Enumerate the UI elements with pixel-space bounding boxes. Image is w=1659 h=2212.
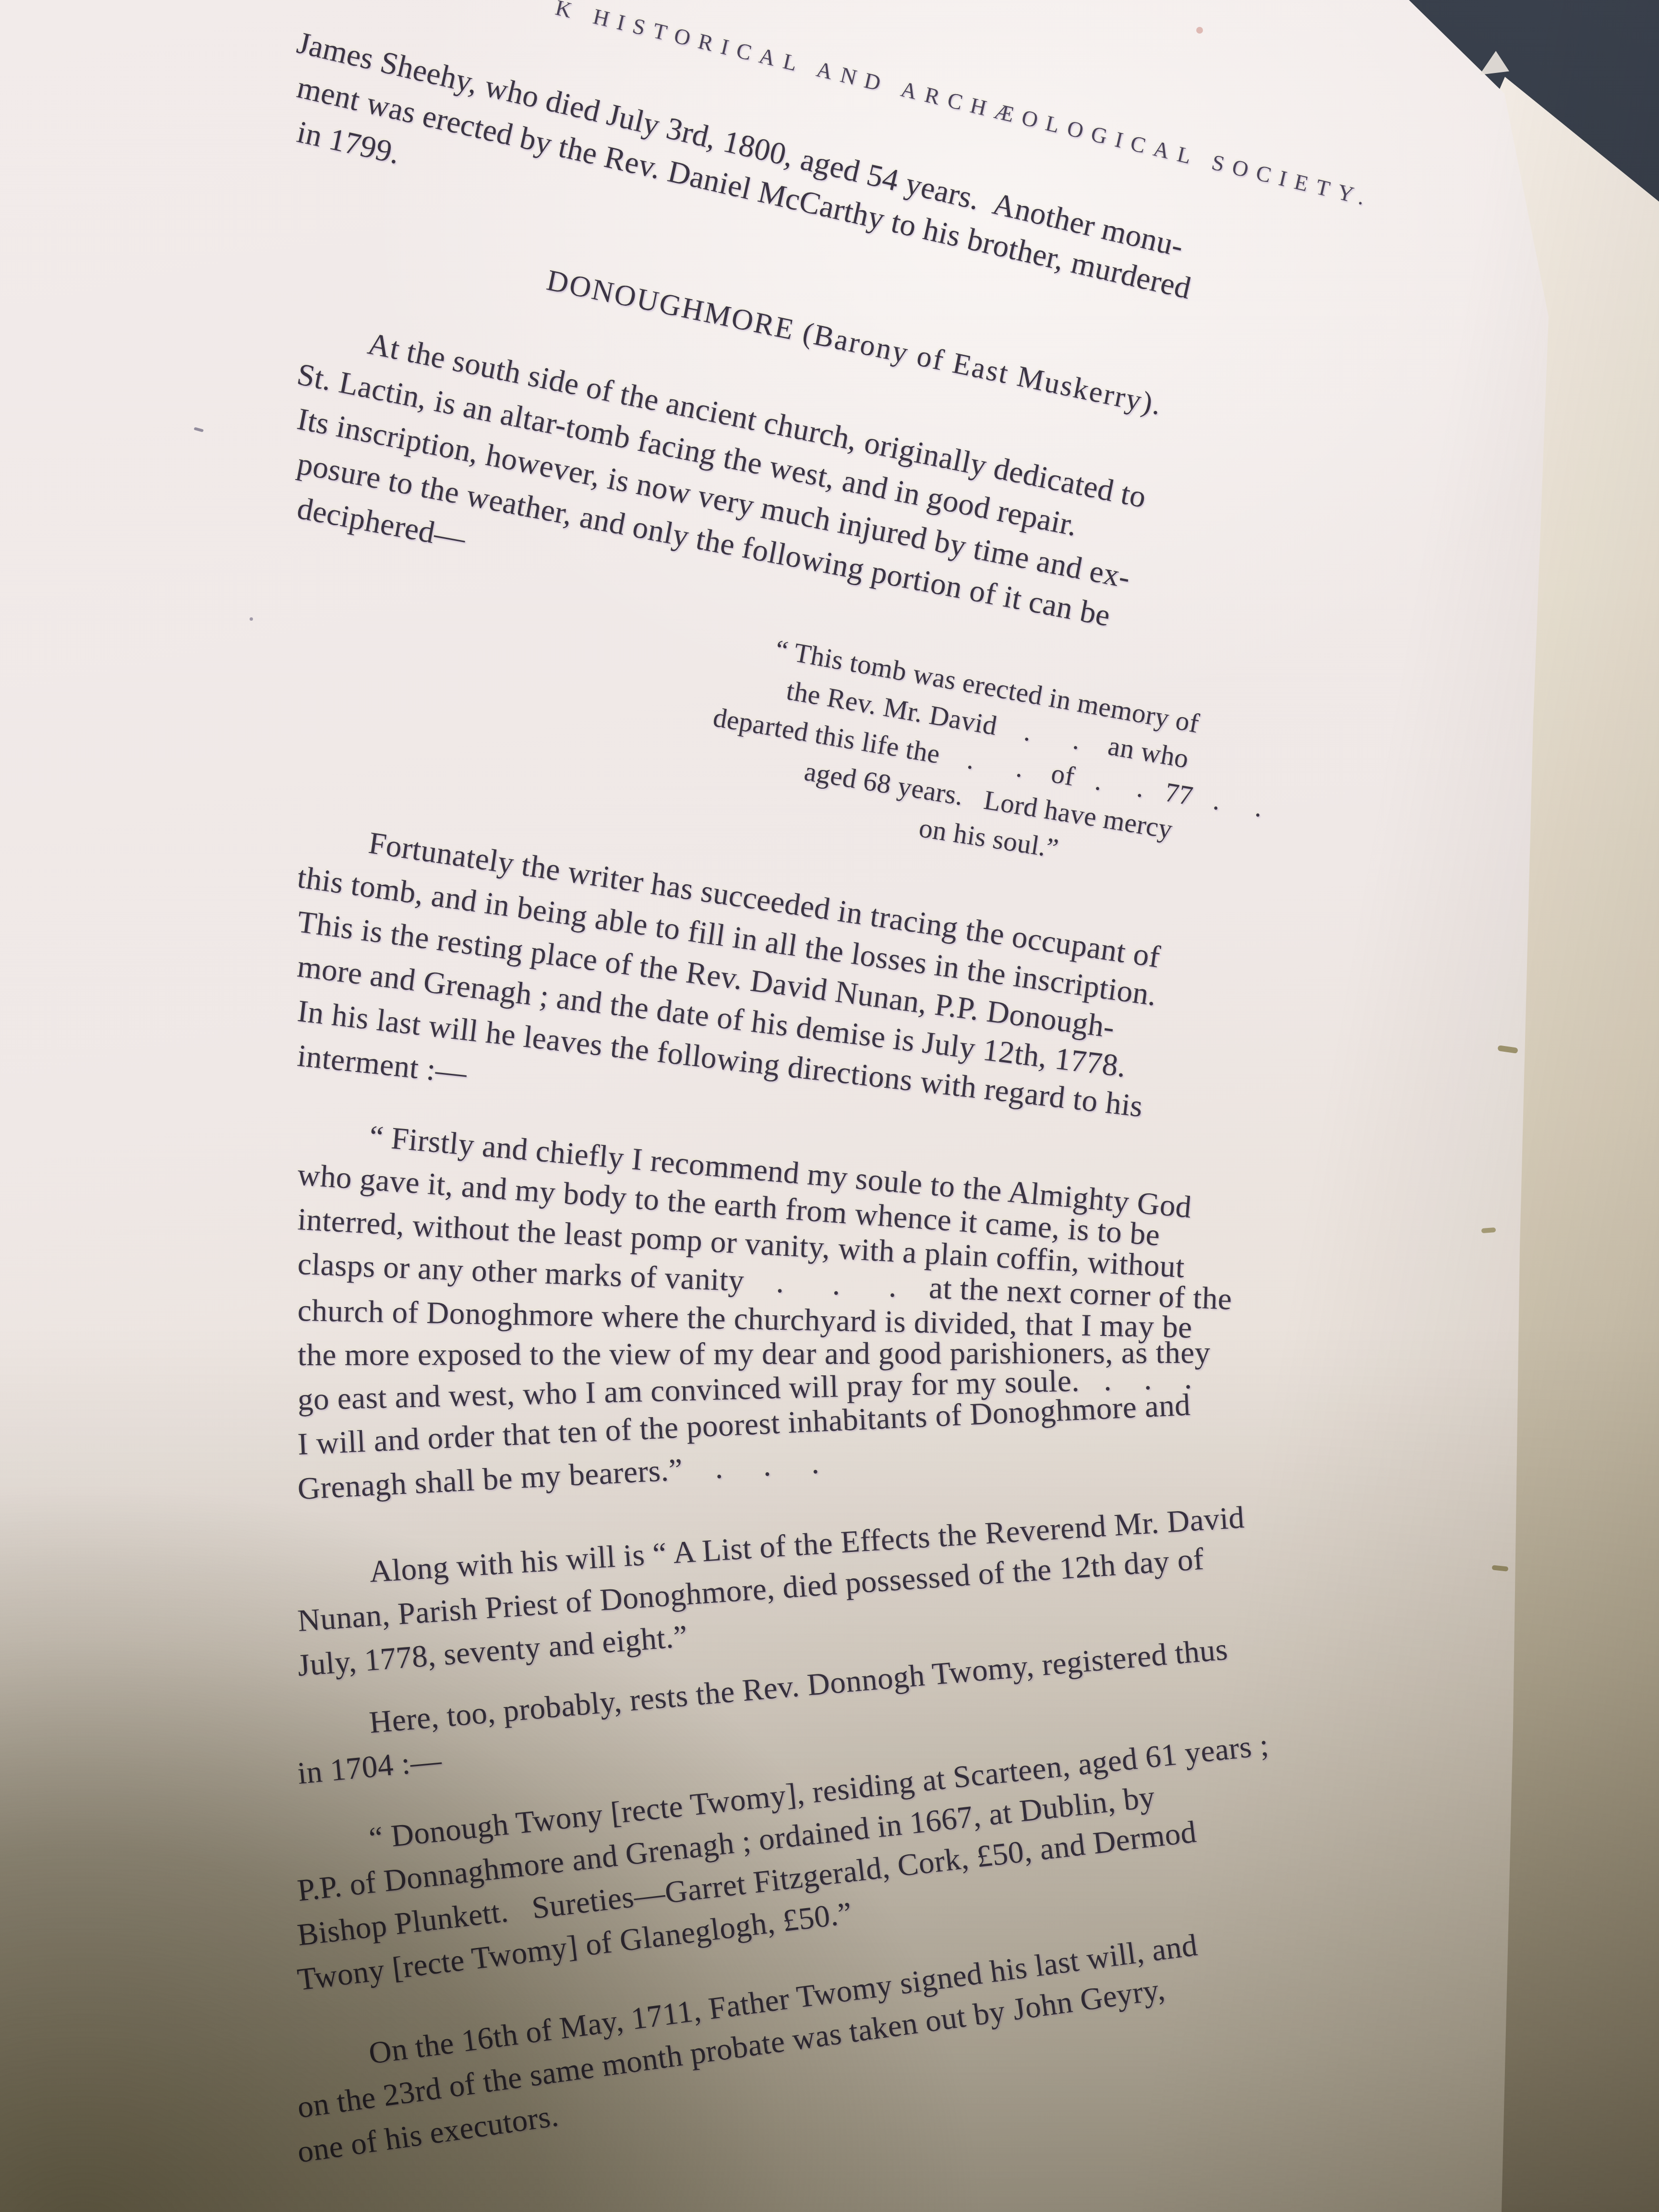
foxing-speck — [1497, 1045, 1518, 1054]
page-corner-highlight — [1479, 51, 1509, 75]
book-page: K HISTORICAL AND ARCHÆOLOGICAL SOCIETY. … — [0, 0, 1659, 2212]
paragraph-church: At the south side of the ancient church,… — [298, 307, 1474, 530]
foxing-speck — [194, 427, 204, 433]
foxing-speck — [250, 617, 253, 621]
foxing-speck — [1196, 27, 1203, 34]
paragraph-fortunately: Fortunately the writer has succeeded in … — [298, 810, 1474, 1078]
paragraph-probate: On the 16th of May, 1711, Father Twomy s… — [298, 2041, 1474, 2175]
foxing-speck — [1492, 1565, 1509, 1571]
foxing-speck — [1481, 1227, 1496, 1233]
book-photo: K HISTORICAL AND ARCHÆOLOGICAL SOCIETY. … — [0, 0, 1659, 2212]
paragraph-will-second: church of Donoghmore where the churchyar… — [298, 1288, 1474, 1512]
paragraph-will-first: “ Firstly and chiefly I recommend my sou… — [298, 1108, 1474, 1286]
paragraph-sheehy: James Sheehy, who died July 3rd, 1800, a… — [298, 20, 1474, 154]
inscription-block: “ This tomb was erected in memory ofthe … — [571, 593, 1416, 794]
